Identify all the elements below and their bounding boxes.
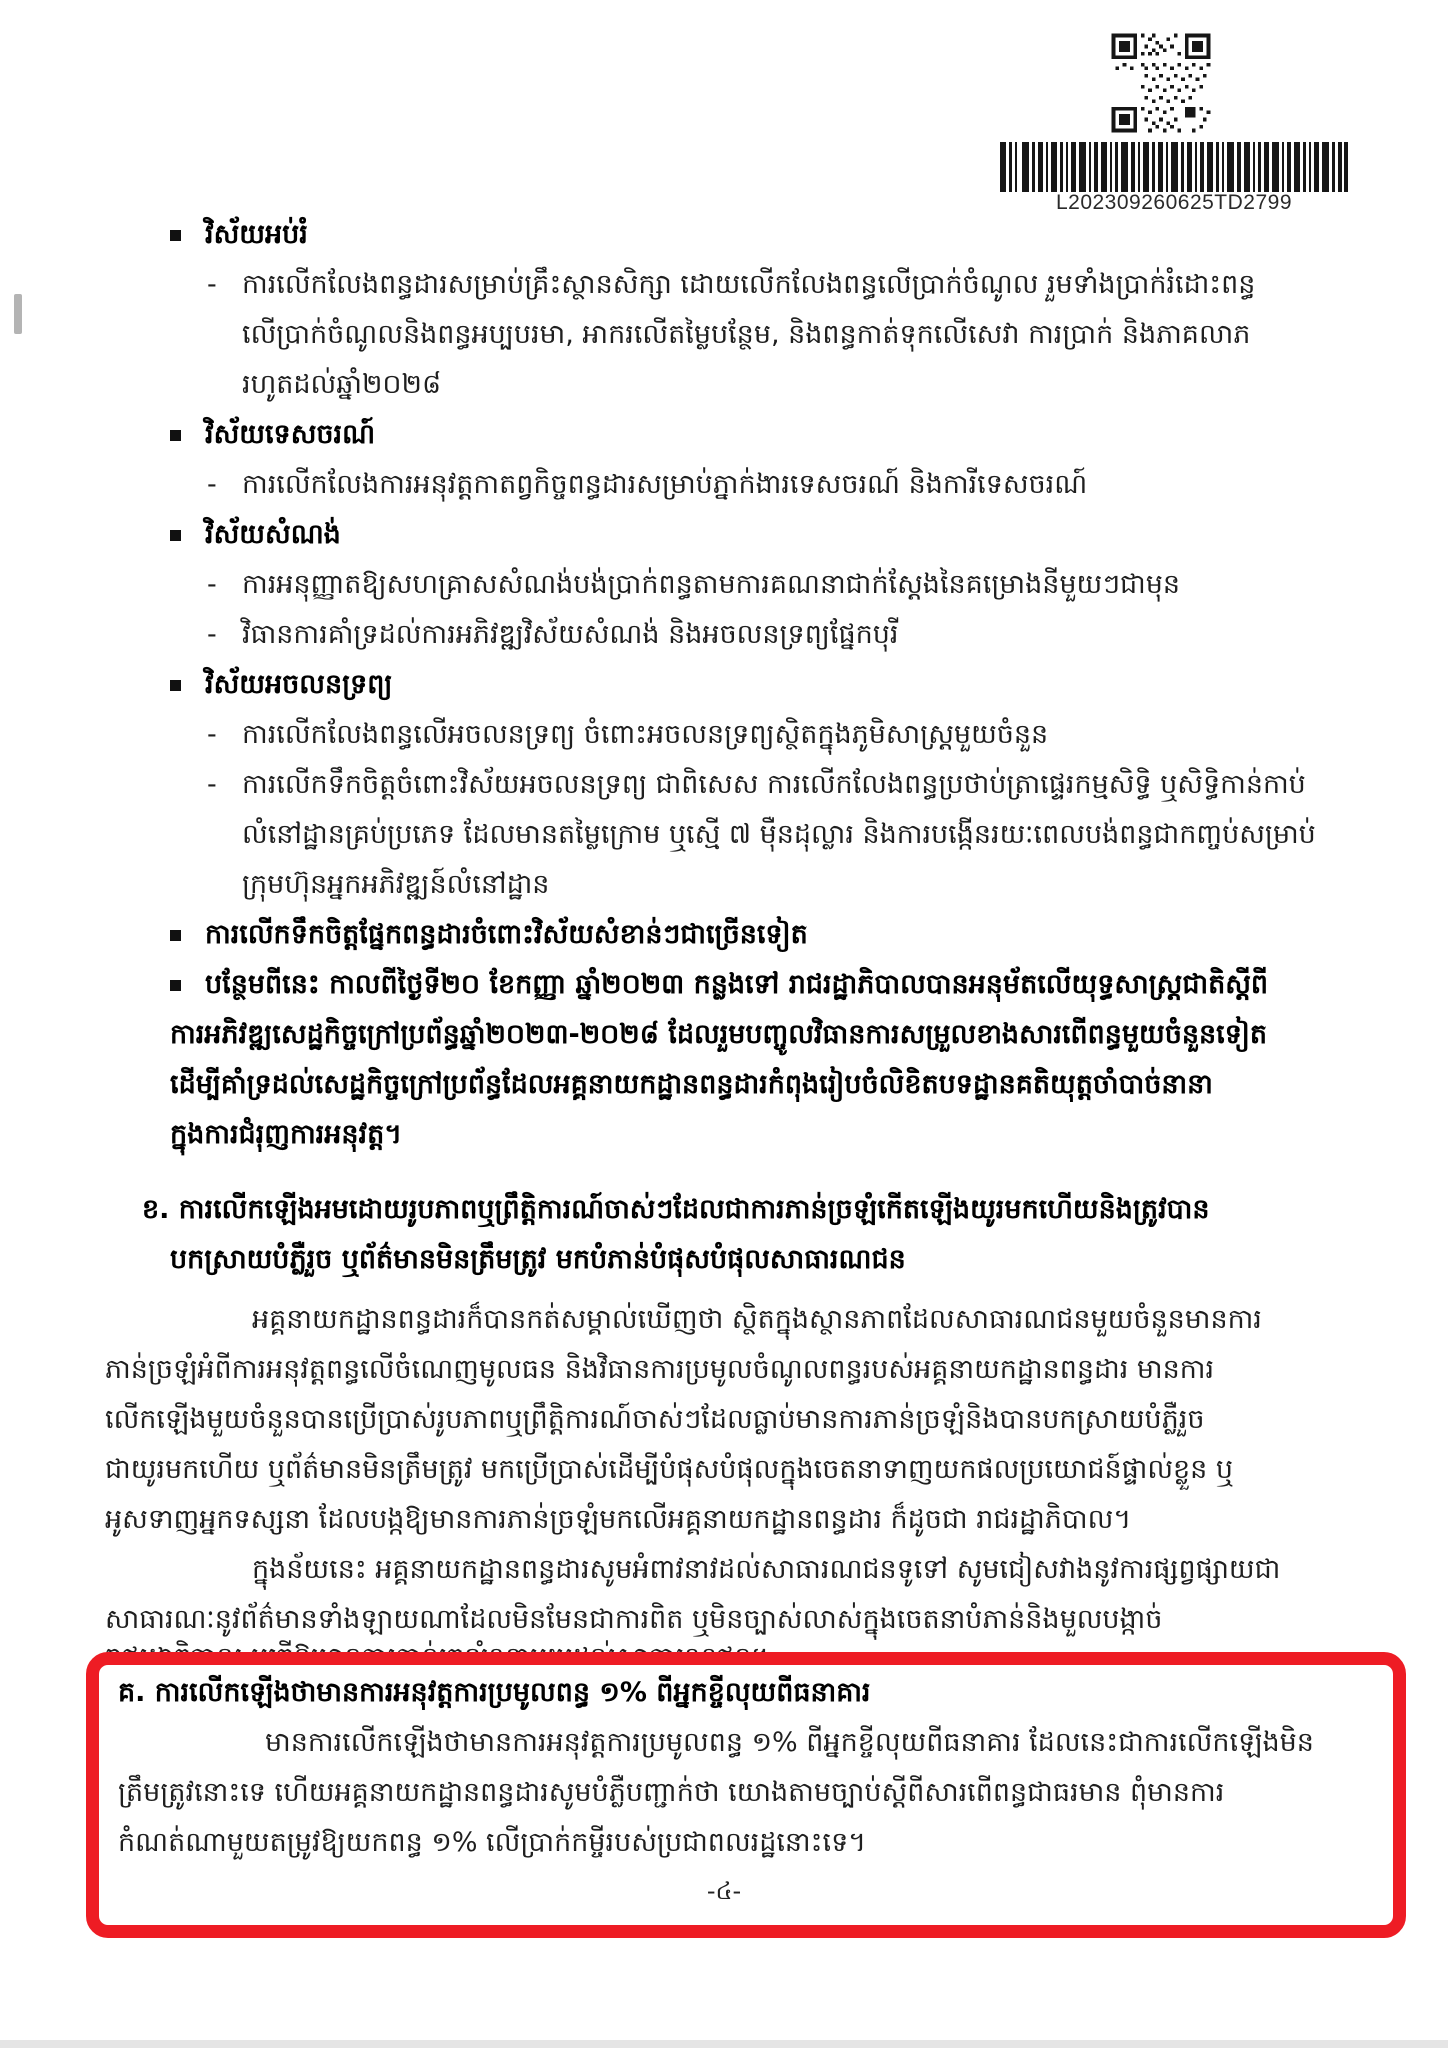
paragraph-line: លើកឡើងមួយចំនួនបានប្រើប្រាស់រូបភាពឬព្រឹត្… xyxy=(105,1395,1348,1445)
dash-marker: - xyxy=(207,762,242,808)
dash-marker: - xyxy=(207,262,242,308)
paragraph-line: អូសទាញអ្នកទស្សនា ដែលបង្កឱ្យមានការភាន់ច្រ… xyxy=(105,1495,1348,1545)
bullet-continuation-line: ដើម្បីគាំទ្រដល់សេដ្ឋកិច្ចក្រៅប្រព័ន្ធដែល… xyxy=(105,1060,1348,1110)
dash-item-line: -ការអនុញ្ញាតឱ្យសហគ្រាសសំណង់បង់ប្រាក់ពន្ធ… xyxy=(105,560,1348,610)
bullet-continuation-line: ការអភិវឌ្ឍសេដ្ឋកិច្ចក្រៅប្រព័ន្ធឆ្នាំ២០២… xyxy=(105,1010,1348,1060)
dash-item-line: លើប្រាក់ចំណូលនិងពន្ធអប្បបរមា, អាករលើតម្ល… xyxy=(105,310,1348,360)
square-bullet-icon xyxy=(170,230,181,241)
square-bullet-icon xyxy=(170,930,181,941)
barcode-icon xyxy=(1000,142,1348,192)
scan-edge xyxy=(0,2040,1448,2048)
dash-item-line: ក្រុមហ៊ុនអ្នកអភិវឌ្ឍន៍លំនៅដ្ឋាន xyxy=(105,860,1348,910)
dash-marker: - xyxy=(207,462,242,508)
section-c: គ. ការលើកឡើងថាមានការអនុវត្តការប្រមូលពន្ធ… xyxy=(118,1670,1348,1870)
section-b-header: បកស្រាយបំភ្លឺរួច ឬព័ត៌មានមិនត្រឹមត្រូវ ម… xyxy=(105,1235,1348,1285)
scan-smudge xyxy=(14,294,22,334)
square-bullet-icon xyxy=(170,980,181,991)
bullet-continuation-line: ក្នុងការជំរុញការអនុវត្ត។ xyxy=(105,1110,1348,1160)
paragraph-line: ក្នុងន័យនេះ អគ្គនាយកដ្ឋានពន្ធដារសូមអំពាវ… xyxy=(105,1545,1348,1595)
dash-item-line: -ការលើកលែងពន្ធដារសម្រាប់គ្រឹះស្ថានសិក្សា… xyxy=(105,260,1348,310)
page-number: -៤- xyxy=(0,1876,1448,1911)
section-b-header: ខ. ការលើកឡើងអមដោយរូបភាពឬព្រឹត្តិការណ៍ចាស… xyxy=(105,1185,1348,1235)
square-bullet-icon xyxy=(170,530,181,541)
paragraph-line: កំណត់ណាមួយតម្រូវឱ្យយកពន្ធ ១% លើប្រាក់កម្… xyxy=(118,1820,1348,1870)
paragraph-line: ត្រឹមត្រូវនោះទេ ហើយអគ្គនាយកដ្ឋានពន្ធដារស… xyxy=(118,1770,1348,1820)
bullet-header-education: វិស័យអប់រំ xyxy=(105,210,1348,260)
dash-item-line: -ការលើកលែងពន្ធលើអចលនទ្រព្យ ចំពោះអចលនទ្រព… xyxy=(105,710,1348,760)
bullet-header-construction: វិស័យសំណង់ xyxy=(105,510,1348,560)
dash-marker: - xyxy=(207,712,242,758)
paragraph-line: អគ្គនាយកដ្ឋានពន្ធដារក៏បានកត់សម្គាល់ឃើញថា… xyxy=(105,1295,1348,1345)
paragraph-line: ជាយូរមកហើយ ឬព័ត៌មានមិនត្រឹមត្រូវ មកប្រើប… xyxy=(105,1445,1348,1495)
qr-code-icon xyxy=(1108,30,1214,136)
bullet-header-additional: បន្ថែមពីនេះ កាលពីថ្ងៃទី២០ ខែកញ្ញា ឆ្នាំ២… xyxy=(105,960,1348,1010)
bullet-header-tourism: វិស័យទេសចរណ៍ xyxy=(105,410,1348,460)
dash-item-line: -ការលើកទឹកចិត្តចំពោះវិស័យអចលនទ្រព្យ ជាពិ… xyxy=(105,760,1348,810)
bullet-header-incentives: ការលើកទឹកចិត្តផ្នែកពន្ធដារចំពោះវិស័យសំខា… xyxy=(105,910,1348,960)
square-bullet-icon xyxy=(170,430,181,441)
paragraph-line: ភាន់ច្រឡំអំពីការអនុវត្តពន្ធលើចំណេញមូលធន … xyxy=(105,1345,1348,1395)
dash-item-line: -វិធានការគាំទ្រដល់ការអភិវឌ្ឍវិស័យសំណង់ ន… xyxy=(105,610,1348,660)
section-c-header: គ. ការលើកឡើងថាមានការអនុវត្តការប្រមូលពន្ធ… xyxy=(118,1670,1348,1720)
dash-item-line: រហូតដល់ឆ្នាំ២០២៨ xyxy=(105,360,1348,410)
paragraph-line: មានការលើកឡើងថាមានការអនុវត្តការប្រមូលពន្ធ… xyxy=(118,1720,1348,1770)
dash-marker: - xyxy=(207,612,242,658)
document-body: វិស័យអប់រំ -ការលើកលែងពន្ធដារសម្រាប់គ្រឹះ… xyxy=(105,210,1348,1683)
bullet-header-realestate: វិស័យអចលនទ្រព្យ xyxy=(105,660,1348,710)
scanned-document-page: L202309260625TD2799 វិស័យអប់រំ -ការលើកលែ… xyxy=(0,0,1448,2048)
dash-item-line: លំនៅដ្ឋានគ្រប់ប្រភេទ ដែលមានតម្លៃក្រោម ឬស… xyxy=(105,810,1348,860)
dash-item-line: -ការលើកលែងការអនុវត្តកាតព្វកិច្ចពន្ធដារសម… xyxy=(105,460,1348,510)
dash-marker: - xyxy=(207,562,242,608)
square-bullet-icon xyxy=(170,680,181,691)
